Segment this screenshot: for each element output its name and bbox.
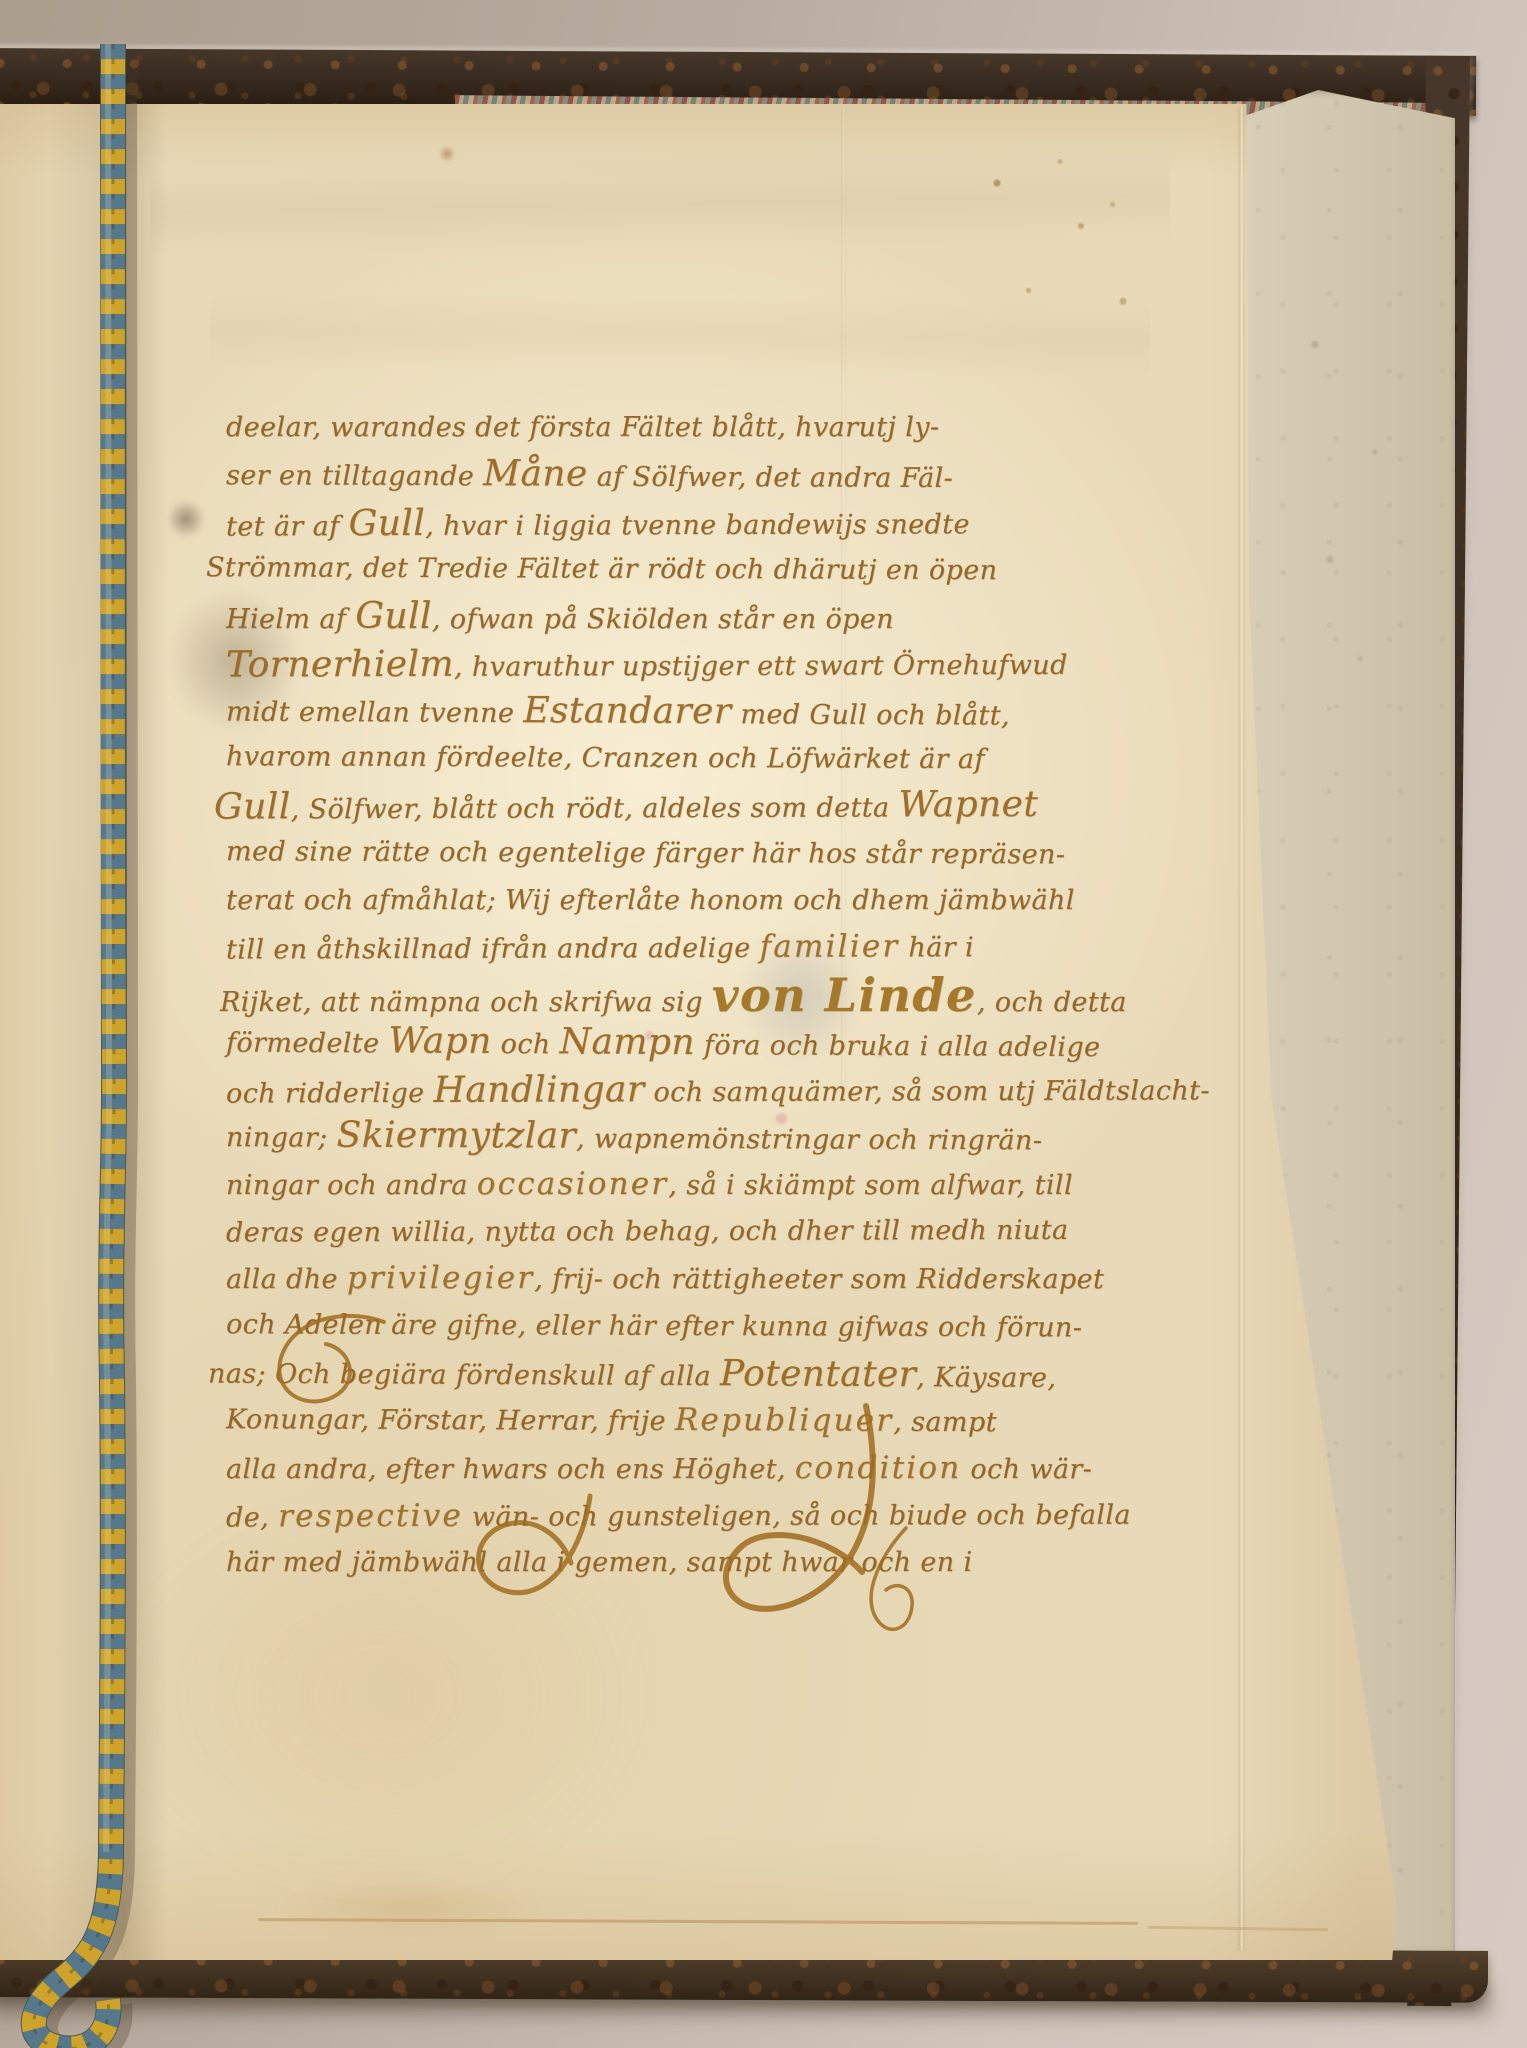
manuscript-segment: , ofwan på Skiölden står en öpen xyxy=(432,604,894,635)
manuscript-segment: af Sölfwer, det andra Fäl- xyxy=(588,462,954,494)
manuscript-segment: deelar, warandes det första Fältet blått… xyxy=(226,412,939,443)
manuscript-segment: Estandarer xyxy=(523,690,731,732)
manuscript-line: Tornerhielm, hvaruthur upstijger ett swa… xyxy=(226,639,1176,689)
manuscript-segment: , Sölfwer, blått och rödt, aldeles som d… xyxy=(291,793,899,826)
manuscript-segment: och samquämer, så som utj Fäldtslacht- xyxy=(644,1076,1210,1109)
manuscript-line: terat och afmåhlat; Wij efterlåte honom … xyxy=(226,877,1176,924)
manuscript-segment: terat och afmåhlat; Wij efterlåte honom … xyxy=(226,885,1075,916)
manuscript-segment: Republiquer xyxy=(675,1402,893,1439)
manuscript-segment: ningar; xyxy=(226,1123,337,1154)
manuscript-line: Rijket, att nämpna och skrifwa sig von L… xyxy=(220,972,1176,1019)
manuscript-line: ningar och andra occasioner, så i skiämp… xyxy=(226,1161,1176,1208)
manuscript-line: med sine rätte och egentelige färger här… xyxy=(226,828,1176,879)
manuscript-segment: privilegier xyxy=(347,1260,534,1296)
manuscript-segment: de, xyxy=(226,1502,278,1533)
manuscript-text: deelar, warandes det första Fältet blått… xyxy=(226,404,1176,1586)
manuscript-segment: , hvaruthur upstijger ett swart Örnehufw… xyxy=(454,650,1068,683)
manuscript-line: och ridderlige Handlingar och samquämer,… xyxy=(226,1065,1176,1115)
manuscript-line: nas; Och begiära fördenskull af alla Pot… xyxy=(208,1347,1176,1399)
manuscript-segment: , hvar i liggia tvenne bandewijs snedte xyxy=(425,509,970,542)
manuscript-segment: här i xyxy=(899,932,974,963)
manuscript-segment: , frij- och rättigheeter som Ridderskape… xyxy=(534,1264,1104,1295)
manuscript-segment: Måne xyxy=(483,453,588,494)
manuscript-line: här med jämbwähl alla i gemen, sampt hwa… xyxy=(226,1539,1176,1586)
manuscript-segment: Potentater xyxy=(720,1353,917,1395)
manuscript-line: Konungar, Förstar, Herrar, frije Republi… xyxy=(226,1395,1176,1446)
manuscript-segment: alla dhe xyxy=(226,1264,347,1295)
manuscript-line: förmedelte Wapn och Nampn föra och bruka… xyxy=(226,1016,1176,1068)
manuscript-segment: Strömmar, det Tredie Fältet är rödt och … xyxy=(206,552,998,586)
manuscript-segment: condition xyxy=(795,1450,962,1486)
manuscript-segment: Skiermytzlar xyxy=(337,1115,577,1157)
manuscript-segment: respective xyxy=(278,1498,463,1535)
manuscript-segment: Nampn xyxy=(559,1021,695,1063)
manuscript-segment: , så i skiämpt som alfwar, till xyxy=(668,1170,1073,1201)
manuscript-line: deras egen willia, nytta och behag, och … xyxy=(226,1207,1176,1257)
manuscript-line: ser en tilltagande Måne af Sölfwer, det … xyxy=(226,449,1176,500)
manuscript-line: Hielm af Gull, ofwan på Skiölden står en… xyxy=(226,593,1176,640)
manuscript-segment: , och detta xyxy=(977,987,1127,1018)
manuscript-segment: här med jämbwähl alla i gemen, sampt hwa… xyxy=(226,1547,973,1578)
manuscript-segment: med sine rätte och egentelige färger här… xyxy=(226,836,1065,870)
manuscript-segment: och Adelen äre gifne, eller här efter ku… xyxy=(226,1309,1082,1343)
manuscript-segment: till en åthskillnad ifrån andra adelige xyxy=(226,933,760,966)
manuscript-line: alla andra, efter hwars och ens Höghet, … xyxy=(226,1445,1176,1492)
manuscript-line: ningar; Skiermytzlar, wapnemönstringar o… xyxy=(226,1112,1176,1163)
manuscript-segment: familier xyxy=(759,929,899,965)
manuscript-segment: deras egen willia, nytta och behag, och … xyxy=(226,1215,1069,1249)
manuscript-segment: ser en tilltagande xyxy=(226,460,483,492)
manuscript-segment: Konungar, Förstar, Herrar, frije xyxy=(226,1404,675,1437)
manuscript-segment: och ridderlige xyxy=(226,1078,434,1110)
manuscript-line: till en åthskillnad ifrån andra adelige … xyxy=(226,923,1176,973)
manuscript-line: de, respective wän- och gunsteligen, så … xyxy=(226,1490,1176,1540)
manuscript-line: alla dhe privilegier, frij- och rättighe… xyxy=(226,1255,1176,1302)
manuscript-segment: Gull xyxy=(355,596,432,637)
manuscript-line: deelar, warandes det första Fältet blått… xyxy=(226,404,1176,451)
manuscript-segment: tet är af xyxy=(226,511,349,542)
manuscript-segment: Gull xyxy=(214,787,291,828)
manuscript-segment: Tornerhielm xyxy=(226,644,454,686)
manuscript-segment: Hielm af xyxy=(226,604,355,635)
manuscript-scan: deelar, warandes det första Fältet blått… xyxy=(0,0,1527,2048)
manuscript-line: och Adelen äre gifne, eller här efter ku… xyxy=(226,1301,1176,1352)
manuscript-segment: occasioner xyxy=(477,1166,669,1202)
manuscript-segment: alla andra, efter hwars och ens Höghet, xyxy=(226,1454,795,1485)
manuscript-segment: och xyxy=(492,1029,560,1060)
manuscript-line: hvarom annan fördeelte, Cranzen och Löfw… xyxy=(226,733,1176,784)
parchment-wave-shadow xyxy=(210,291,1151,379)
page-fold-crease xyxy=(1237,106,1246,1951)
manuscript-segment: Handlingar xyxy=(433,1069,644,1111)
manuscript-segment: Gull xyxy=(348,502,425,543)
manuscript-segment: ningar och andra xyxy=(226,1170,477,1201)
manuscript-segment: hvarom annan fördeelte, Cranzen och Löfw… xyxy=(226,741,985,775)
manuscript-segment: Rijket, att nämpna och skrifwa sig xyxy=(220,987,712,1018)
manuscript-line: midt emellan tvenne Estandarer med Gull … xyxy=(226,685,1176,737)
manuscript-segment: von Linde xyxy=(712,968,977,1022)
manuscript-segment: förmedelte xyxy=(226,1027,389,1059)
manuscript-segment: Wapn xyxy=(388,1020,491,1062)
manuscript-line: Gull, Sölfwer, blått och rödt, aldeles s… xyxy=(214,781,1176,831)
manuscript-segment: med Gull och blått, xyxy=(731,699,1010,731)
manuscript-line: Strömmar, det Tredie Fältet är rödt och … xyxy=(206,544,1176,595)
manuscript-segment: midt emellan tvenne xyxy=(226,696,523,729)
manuscript-segment: Wapnet xyxy=(898,784,1038,825)
manuscript-segment: wän- och gunsteligen, så och biude och b… xyxy=(463,1499,1131,1532)
parchment-wave-shadow xyxy=(149,149,1170,259)
manuscript-segment: och wär- xyxy=(961,1454,1092,1485)
gutter-shadow xyxy=(50,104,168,1960)
manuscript-segment: nas; Och begiära fördenskull af alla xyxy=(208,1358,720,1392)
manuscript-line: tet är af Gull, hvar i liggia tvenne ban… xyxy=(226,497,1176,547)
manuscript-segment: , Käysare, xyxy=(916,1362,1056,1394)
manuscript-segment: , sampt xyxy=(893,1407,997,1438)
manuscript-segment: , wapnemönstringar och ringrän- xyxy=(576,1124,1042,1157)
manuscript-segment: föra och bruka i alla adelige xyxy=(695,1030,1101,1063)
